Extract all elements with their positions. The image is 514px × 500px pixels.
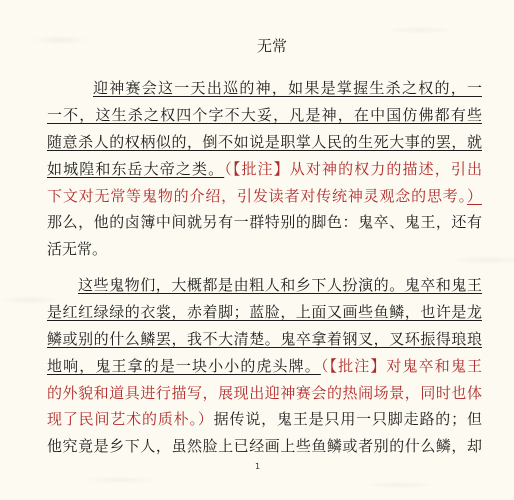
paragraph-1: 迎神赛会这一天出巡的神，如果是掌握生杀之权的，一 一不，这生杀之权四个字不大妥，… <box>47 75 482 263</box>
underlined-text: 随意杀人的权柄似的，倒不如说是职掌人民的生死大事的罢，就 <box>47 133 482 151</box>
annotation-text: 下文对无常等鬼物的介绍，引发读者对传统神灵观念的思考。 <box>47 187 467 205</box>
underlined-text: 这些鬼物们，大概都是由粗人和乡下人扮演的。鬼卒和鬼王 <box>78 276 482 294</box>
document-title: 无常 <box>257 37 287 55</box>
body-text: 那么，他的卤簿中间就另有一群特别的脚色：鬼卒、鬼王，还有 <box>47 213 482 231</box>
paragraph-line: 一不，这生杀之权四个字不大妥，凡是神，在中国仿佛都有些 <box>47 102 482 129</box>
paragraph-line: 下文对无常等鬼物的介绍，引发读者对传统神灵观念的思考。） <box>47 183 482 210</box>
annotation-text: 现了民间艺术的质朴。） <box>47 410 214 428</box>
paragraph-line: 迎神赛会这一天出巡的神，如果是掌握生杀之权的，一 <box>47 75 482 102</box>
paragraph-line: 是红红绿绿的衣裳，赤着脚；蓝脸，上面又画些鱼鳞，也许是龙 <box>47 299 482 326</box>
underlined-text: 地响，鬼王拿的是一块小小的虎头牌。 <box>47 357 321 375</box>
underlined-text: 如城隍和东岳大帝之类。 <box>47 160 224 178</box>
body-text: 活无常。 <box>47 240 107 258</box>
annotation-text: 的外貌和道具进行描写，展现出迎神赛会的热闹场景，同时也体 <box>47 384 482 402</box>
annotation-close-paren: ） <box>467 187 482 205</box>
paragraph-line: 如城隍和东岳大帝之类。（【批注】从对神的权力的描述，引出 <box>47 156 482 183</box>
paragraph-line: 随意杀人的权柄似的，倒不如说是职掌人民的生死大事的罢，就 <box>47 129 482 156</box>
paragraph-line: 这些鬼物们，大概都是由粗人和乡下人扮演的。鬼卒和鬼王 <box>47 272 482 299</box>
annotation-text: （【批注】从对神的权力的描述，引出 <box>224 160 482 178</box>
underlined-text: 鳞或别的什么鳞罢，我不大清楚。鬼卒拿着钢叉，叉环振得琅琅 <box>47 330 482 348</box>
paragraph-line: 鳞或别的什么鳞罢，我不大清楚。鬼卒拿着钢叉，叉环振得琅琅 <box>47 326 482 353</box>
body-text: 他究竟是乡下人，虽然脸上已经画上些鱼鳞或者别的什么鳞，却 <box>47 437 482 455</box>
annotation-text: （【批注】对鬼卒和鬼王 <box>321 357 482 375</box>
paragraph-line: 现了民间艺术的质朴。）据传说，鬼王是只用一只脚走路的；但 <box>47 406 482 433</box>
body-text: 据传说，鬼王是只用一只脚走路的；但 <box>214 410 482 428</box>
paragraph-line: 他究竟是乡下人，虽然脸上已经画上些鱼鳞或者别的什么鳞，却 <box>47 433 482 460</box>
paragraph-line: 那么，他的卤簿中间就另有一群特别的脚色：鬼卒、鬼王，还有 <box>47 209 482 236</box>
underlined-text: 是红红绿绿的衣裳，赤着脚；蓝脸，上面又画些鱼鳞，也许是龙 <box>47 303 482 321</box>
paragraph-line: 地响，鬼王拿的是一块小小的虎头牌。（【批注】对鬼卒和鬼王 <box>47 353 482 380</box>
paragraph-line: 的外貌和道具进行描写，展现出迎神赛会的热闹场景，同时也体 <box>47 380 482 407</box>
underlined-text: 迎神赛会这一天出巡的神，如果是掌握生杀之权的，一 <box>93 79 482 97</box>
paragraph-line: 活无常。 <box>47 236 482 263</box>
page-number: 1 <box>255 462 260 472</box>
document-page: 无常 迎神赛会这一天出巡的神，如果是掌握生杀之权的，一 一不，这生杀之权四个字不… <box>0 0 514 500</box>
underlined-text: 一不，这生杀之权四个字不大妥，凡是神，在中国仿佛都有些 <box>47 106 482 124</box>
paragraph-2: 这些鬼物们，大概都是由粗人和乡下人扮演的。鬼卒和鬼王 是红红绿绿的衣裳，赤着脚；… <box>47 272 482 460</box>
